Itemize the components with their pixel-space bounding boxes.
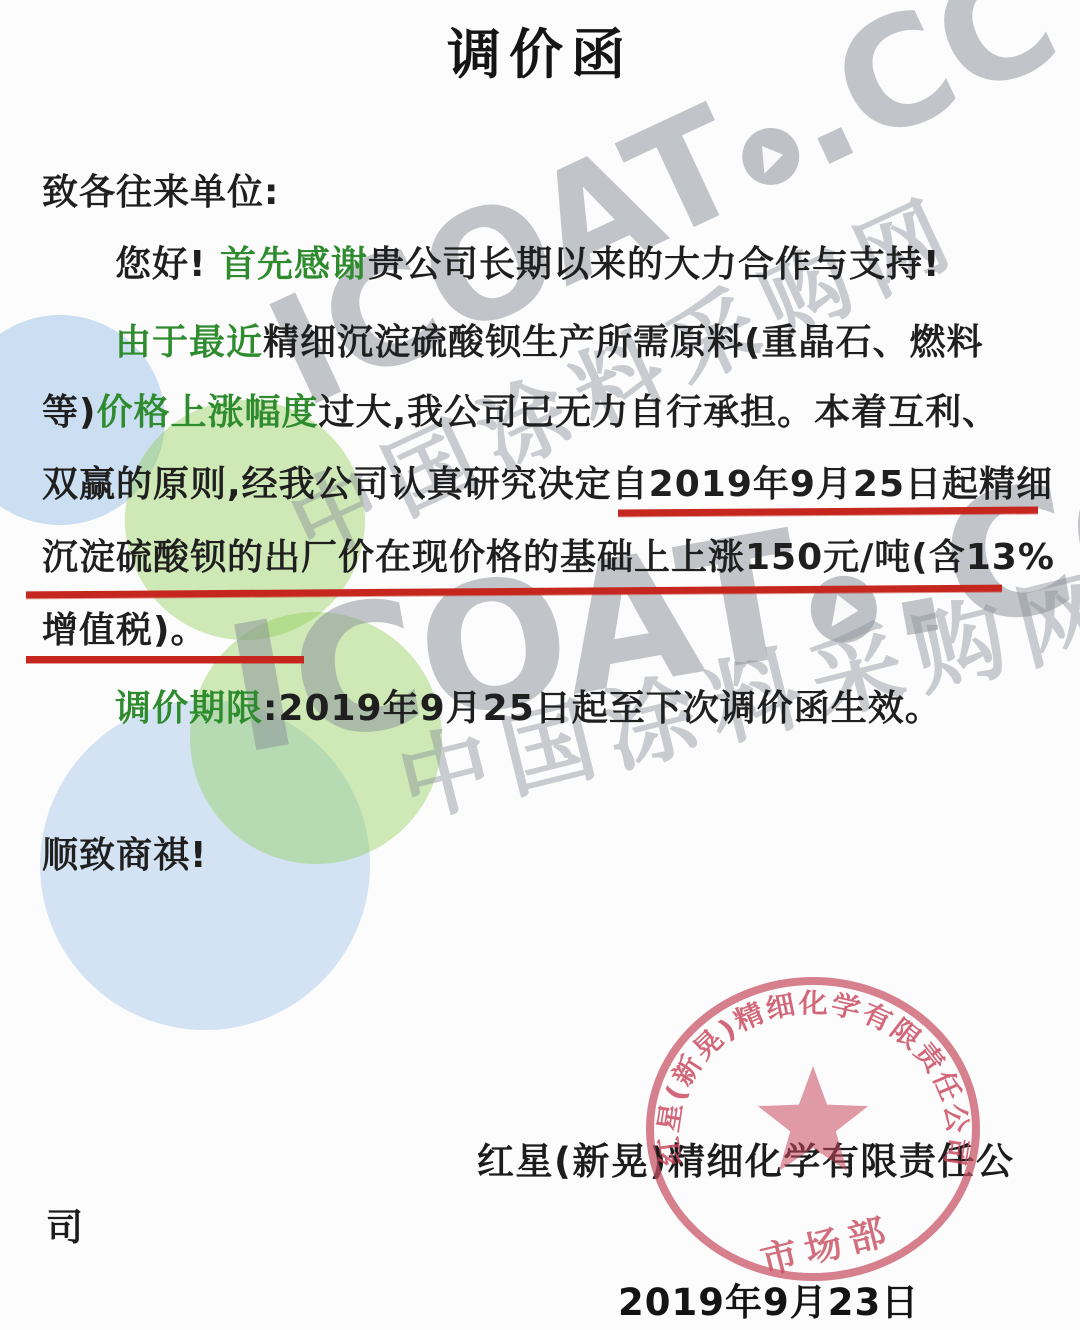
text-segment: 增值税)。 [42, 610, 207, 651]
highlighted-text: 首先感谢 [220, 244, 368, 285]
paragraph-3: 调价期限:2019年9月25日起至下次调价函生效。 [115, 691, 942, 727]
text-segment: 过大,我公司已无力自行承担。本着互利、 [318, 392, 999, 433]
letter-date: 2019年9月23日 [618, 1272, 919, 1326]
letter-title: 调价函 [0, 12, 1080, 89]
closing-line: 顺致商祺! [42, 838, 207, 874]
paragraph-2-line-3: 双赢的原则,经我公司认真研究决定自2019年9月25日起精细 [42, 467, 1053, 503]
salutation-line: 致各往来单位: [42, 175, 279, 211]
text-segment: 双赢的原则,经我公司认真研究决定自2019年9月25日起精细 [42, 464, 1053, 505]
seal-ring [650, 981, 976, 1277]
highlighted-text: 价格上涨幅度 [96, 392, 318, 433]
salutation-text: 致各往来单位: [42, 172, 279, 213]
paragraph-1: 您好! 首先感谢贵公司长期以来的大力合作与支持! [115, 247, 940, 283]
highlighted-text: 调价期限 [115, 688, 263, 729]
paragraph-2-line-5: 增值税)。 [42, 613, 207, 649]
text-segment: 精细沉淀硫酸钡生产所需原料(重晶石、燃料 [263, 322, 983, 363]
paragraph-2-line-2: 等)价格上涨幅度过大,我公司已无力自行承担。本着互利、 [42, 395, 999, 431]
closing-text: 顺致商祺! [42, 835, 207, 876]
paragraph-2-line-4: 沉淀硫酸钡的出厂价在现价格的基础上上涨150元/吨(含13% [42, 540, 1055, 576]
paragraph-2-line-1: 由于最近精细沉淀硫酸钡生产所需原料(重晶石、燃料 [115, 325, 983, 361]
text-segment: 沉淀硫酸钡的出厂价在现价格的基础上上涨150元/吨(含13% [42, 537, 1055, 578]
price-adjustment-letter: { "document": { "title": "调价函", "salutat… [0, 0, 1080, 1330]
text-segment: 您好! [115, 244, 220, 285]
text-segment: 贵公司长期以来的大力合作与支持! [368, 244, 940, 285]
company-signature: 红星(新晃)精细化学有限责任公 [477, 1131, 1014, 1185]
text-segment: 等) [42, 392, 96, 433]
company-signature-wrap: 司 [46, 1197, 85, 1251]
highlighted-text: 由于最近 [115, 322, 263, 363]
red-underline-3 [26, 656, 304, 663]
text-segment: :2019年9月25日起至下次调价函生效。 [263, 688, 942, 729]
